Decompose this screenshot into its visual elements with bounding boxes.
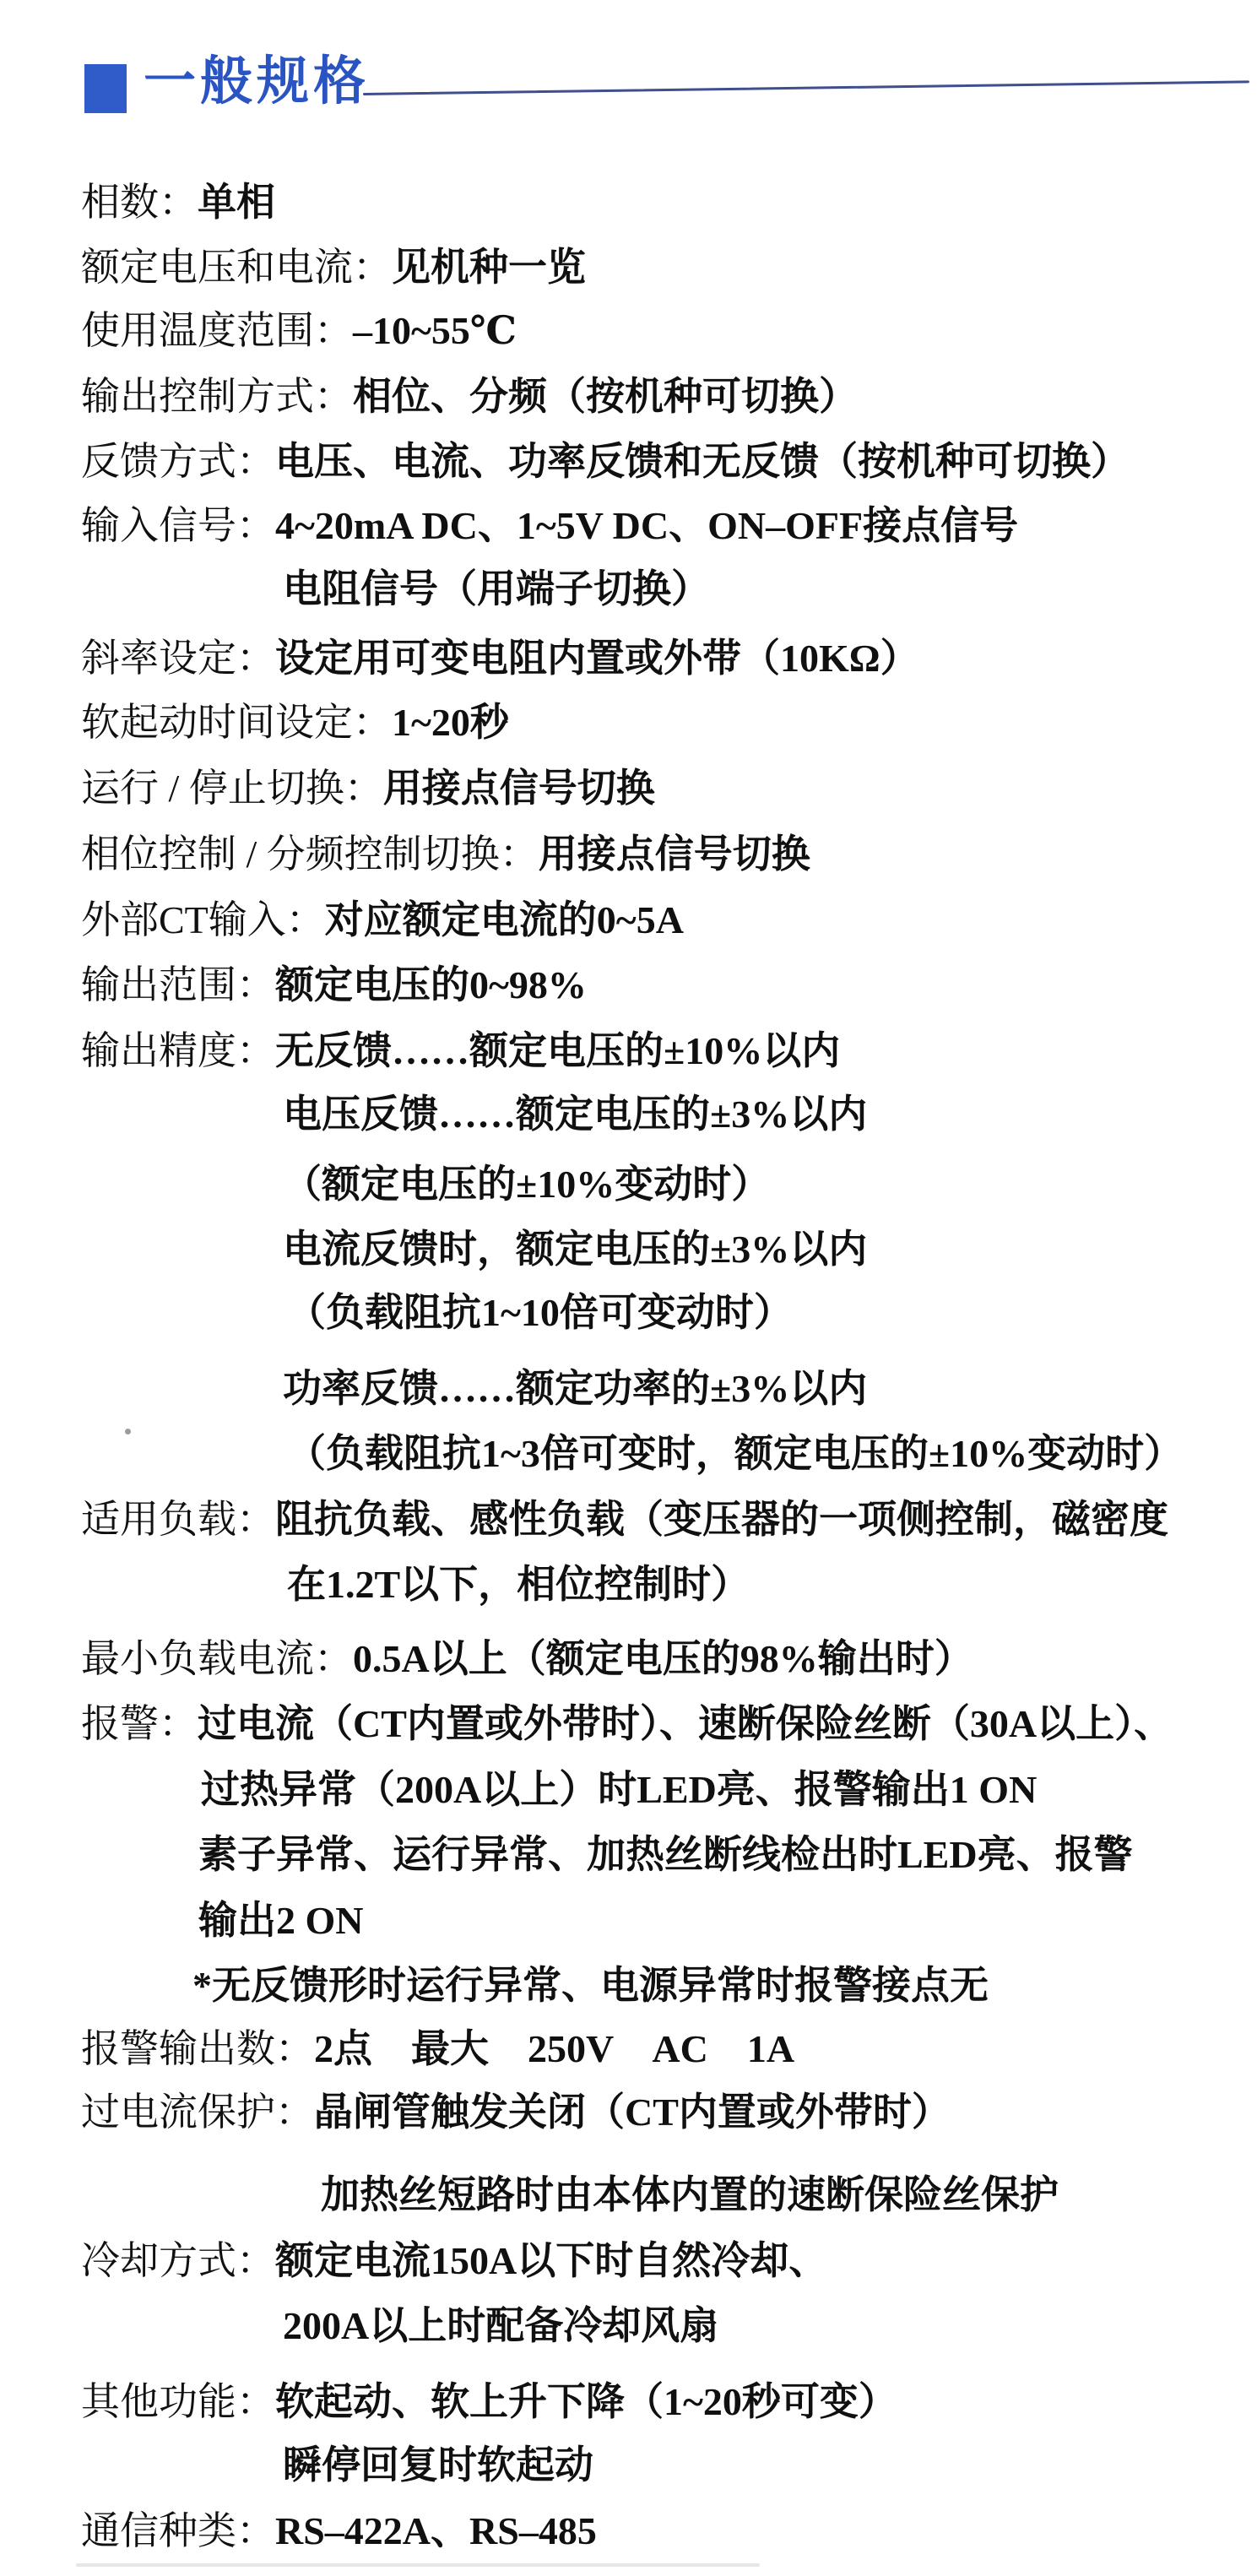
- spec-value: 过电流（CT内置或外带时）、速断保险丝断（30A以上）、: [198, 1702, 1173, 1745]
- spec-value: 对应额定电流的0~5A: [325, 898, 684, 941]
- spec-value: 相位、分频（按机种可切换）: [353, 375, 858, 418]
- spec-label: 输出精度：: [81, 1029, 275, 1072]
- spec-value: 200A以上时配备冷却风扇: [283, 2304, 718, 2347]
- spec-line: 其他功能：软起动、软上升下降（1~20秒可变）: [81, 2378, 897, 2425]
- spec-line: 适用负载：阻抗负载、感性负载（变压器的一项侧控制，磁密度: [81, 1496, 1168, 1543]
- spec-value: 额定电压的0~98%: [275, 963, 587, 1006]
- spec-line: 素子异常、运行异常、加热丝断线检出时LED亮、报警: [198, 1831, 1133, 1878]
- spec-line: 功率反馈……额定功率的±3%以内: [283, 1365, 867, 1412]
- spec-line: 过热异常（200A以上）时LED亮、报警输出1 ON: [201, 1766, 1037, 1813]
- spec-line: 斜率设定：设定用可变电阻内置或外带（10KΩ）: [81, 635, 919, 681]
- spec-line: 电流反馈时，额定电压的±3%以内: [283, 1226, 867, 1272]
- spec-label: 斜率设定：: [81, 637, 275, 680]
- spec-label: 额定电压和电流：: [81, 246, 392, 289]
- spec-value: 1~20秒: [392, 701, 509, 744]
- spec-value: 过热异常（200A以上）时LED亮、报警输出1 ON: [201, 1768, 1037, 1811]
- spec-label: 报警输出数：: [81, 2027, 314, 2070]
- spec-line: 瞬停回复时软起动: [283, 2442, 593, 2488]
- spec-value: 电压反馈……额定电压的±3%以内: [283, 1093, 867, 1136]
- spec-value: –10~55℃: [353, 309, 517, 352]
- spec-line: 相数：单相: [81, 179, 275, 225]
- spec-value: 用接点信号切换: [383, 767, 655, 810]
- spec-line: 电压反馈……额定电压的±3%以内: [283, 1091, 867, 1137]
- spec-label: 适用负载：: [81, 1498, 275, 1541]
- scanned-spec-page: 一般规格 相数：单相额定电压和电流：见机种一览使用温度范围：–10~55℃输出控…: [0, 0, 1257, 2576]
- spec-label: 通信种类：: [81, 2509, 275, 2552]
- spec-line: 报警输出数：2点 最大 250V AC 1A: [81, 2026, 794, 2072]
- spec-value: （负载阻抗1~3倍可变时，额定电压的±10%变动时）: [287, 1432, 1183, 1475]
- spec-label: 冷却方式：: [81, 2239, 275, 2282]
- spec-line: 电阻信号（用端子切换）: [283, 566, 710, 612]
- spec-line: 使用温度范围：–10~55℃: [81, 307, 517, 354]
- spec-label: 输出控制方式：: [81, 375, 353, 418]
- spec-line: 过电流保护：晶闸管触发关闭（CT内置或外带时）: [81, 2089, 951, 2135]
- spec-label: 外部CT输入：: [81, 898, 325, 941]
- spec-line: 输出2 ON: [198, 1897, 364, 1944]
- spec-label: 软起动时间设定：: [81, 701, 392, 744]
- section-title: 一般规格: [144, 56, 370, 108]
- header-rule-line: [363, 80, 1249, 95]
- spec-value: 软起动、软上升下降（1~20秒可变）: [275, 2380, 897, 2423]
- spec-value: 晶闸管触发关闭（CT内置或外带时）: [314, 2091, 951, 2134]
- spec-value: 加热丝短路时由本体内置的速断保险丝保护: [321, 2173, 1059, 2216]
- spec-line: 最小负载电流：0.5A以上（额定电压的98%输出时）: [81, 1635, 973, 1682]
- spec-value: 额定电流150A以下时自然冷却、: [275, 2239, 827, 2282]
- spec-value: 用接点信号切换: [539, 832, 810, 876]
- spec-label: 输出范围：: [81, 963, 275, 1006]
- spec-value: 在1.2T以下，相位控制时）: [287, 1563, 750, 1606]
- spec-value: 电压、电流、功率反馈和无反馈（按机种可切换）: [275, 440, 1130, 483]
- spec-value: 4~20mA DC、1~5V DC、ON–OFF接点信号: [275, 504, 1018, 547]
- scan-edge-smudge: [76, 2563, 760, 2567]
- section-bullet-square: [84, 64, 127, 113]
- spec-line: 冷却方式：额定电流150A以下时自然冷却、: [81, 2237, 827, 2284]
- spec-line: 输入信号：4~20mA DC、1~5V DC、ON–OFF接点信号: [81, 502, 1018, 549]
- spec-value: 2点 最大 250V AC 1A: [314, 2027, 794, 2070]
- spec-line: 200A以上时配备冷却风扇: [283, 2302, 718, 2349]
- spec-value: （负载阻抗1~10倍可变动时）: [287, 1291, 793, 1334]
- spec-label: 运行 / 停止切换：: [81, 767, 383, 810]
- spec-label: 最小负载电流：: [81, 1637, 353, 1680]
- spec-value: 0.5A以上（额定电压的98%输出时）: [353, 1637, 973, 1680]
- spec-value: 见机种一览: [392, 246, 586, 289]
- spec-line: 加热丝短路时由本体内置的速断保险丝保护: [321, 2172, 1059, 2218]
- spec-line: 外部CT输入：对应额定电流的0~5A: [81, 897, 684, 943]
- spec-label: 过电流保护：: [81, 2091, 314, 2134]
- spec-value: 阻抗负载、感性负载（变压器的一项侧控制，磁密度: [275, 1498, 1168, 1541]
- spec-line: 报警：过电流（CT内置或外带时）、速断保险丝断（30A以上）、: [81, 1700, 1173, 1747]
- spec-line: （负载阻抗1~3倍可变时，额定电压的±10%变动时）: [287, 1430, 1183, 1477]
- spec-line: 相位控制 / 分频控制切换：用接点信号切换: [81, 831, 810, 877]
- spec-label: 反馈方式：: [81, 440, 275, 483]
- spec-value: 无反馈……额定电压的±10%以内: [275, 1029, 840, 1072]
- spec-label: 使用温度范围：: [81, 309, 353, 352]
- spec-value: 功率反馈……额定功率的±3%以内: [283, 1367, 867, 1410]
- spec-value: 单相: [198, 181, 275, 224]
- spec-value: 瞬停回复时软起动: [283, 2443, 593, 2487]
- spec-value: 电阻信号（用端子切换）: [283, 567, 710, 610]
- spec-value: 电流反馈时，额定电压的±3%以内: [283, 1228, 867, 1271]
- spec-line: 运行 / 停止切换：用接点信号切换: [81, 765, 655, 811]
- spec-line: （负载阻抗1~10倍可变动时）: [287, 1289, 793, 1336]
- spec-label: 相数：: [81, 181, 198, 224]
- spec-label: 输入信号：: [81, 504, 275, 547]
- spec-line: 输出精度：无反馈……额定电压的±10%以内: [81, 1028, 840, 1074]
- scan-artifact-dot: [125, 1429, 131, 1434]
- spec-line: 软起动时间设定：1~20秒: [81, 699, 509, 746]
- spec-line: 在1.2T以下，相位控制时）: [287, 1561, 750, 1608]
- spec-line: （额定电压的±10%变动时）: [283, 1161, 770, 1207]
- spec-label: 相位控制 / 分频控制切换：: [81, 832, 539, 876]
- spec-label: 其他功能：: [81, 2380, 275, 2423]
- spec-value: RS–422A、RS–485: [275, 2509, 597, 2552]
- spec-line: *无反馈形时运行异常、电源异常时报警接点无: [192, 1962, 989, 2009]
- spec-line: 反馈方式：电压、电流、功率反馈和无反馈（按机种可切换）: [81, 438, 1130, 485]
- spec-value: 输出2 ON: [198, 1899, 364, 1942]
- spec-label: 报警：: [81, 1702, 198, 1745]
- spec-line: 额定电压和电流：见机种一览: [81, 244, 586, 290]
- spec-value: （额定电压的±10%变动时）: [283, 1163, 770, 1206]
- spec-value: 素子异常、运行异常、加热丝断线检出时LED亮、报警: [198, 1833, 1133, 1876]
- spec-line: 通信种类：RS–422A、RS–485: [81, 2508, 597, 2554]
- spec-value: 设定用可变电阻内置或外带（10KΩ）: [275, 637, 919, 680]
- spec-line: 输出范围：额定电压的0~98%: [81, 962, 587, 1008]
- spec-value: *无反馈形时运行异常、电源异常时报警接点无: [192, 1964, 989, 2007]
- spec-line: 输出控制方式：相位、分频（按机种可切换）: [81, 373, 858, 420]
